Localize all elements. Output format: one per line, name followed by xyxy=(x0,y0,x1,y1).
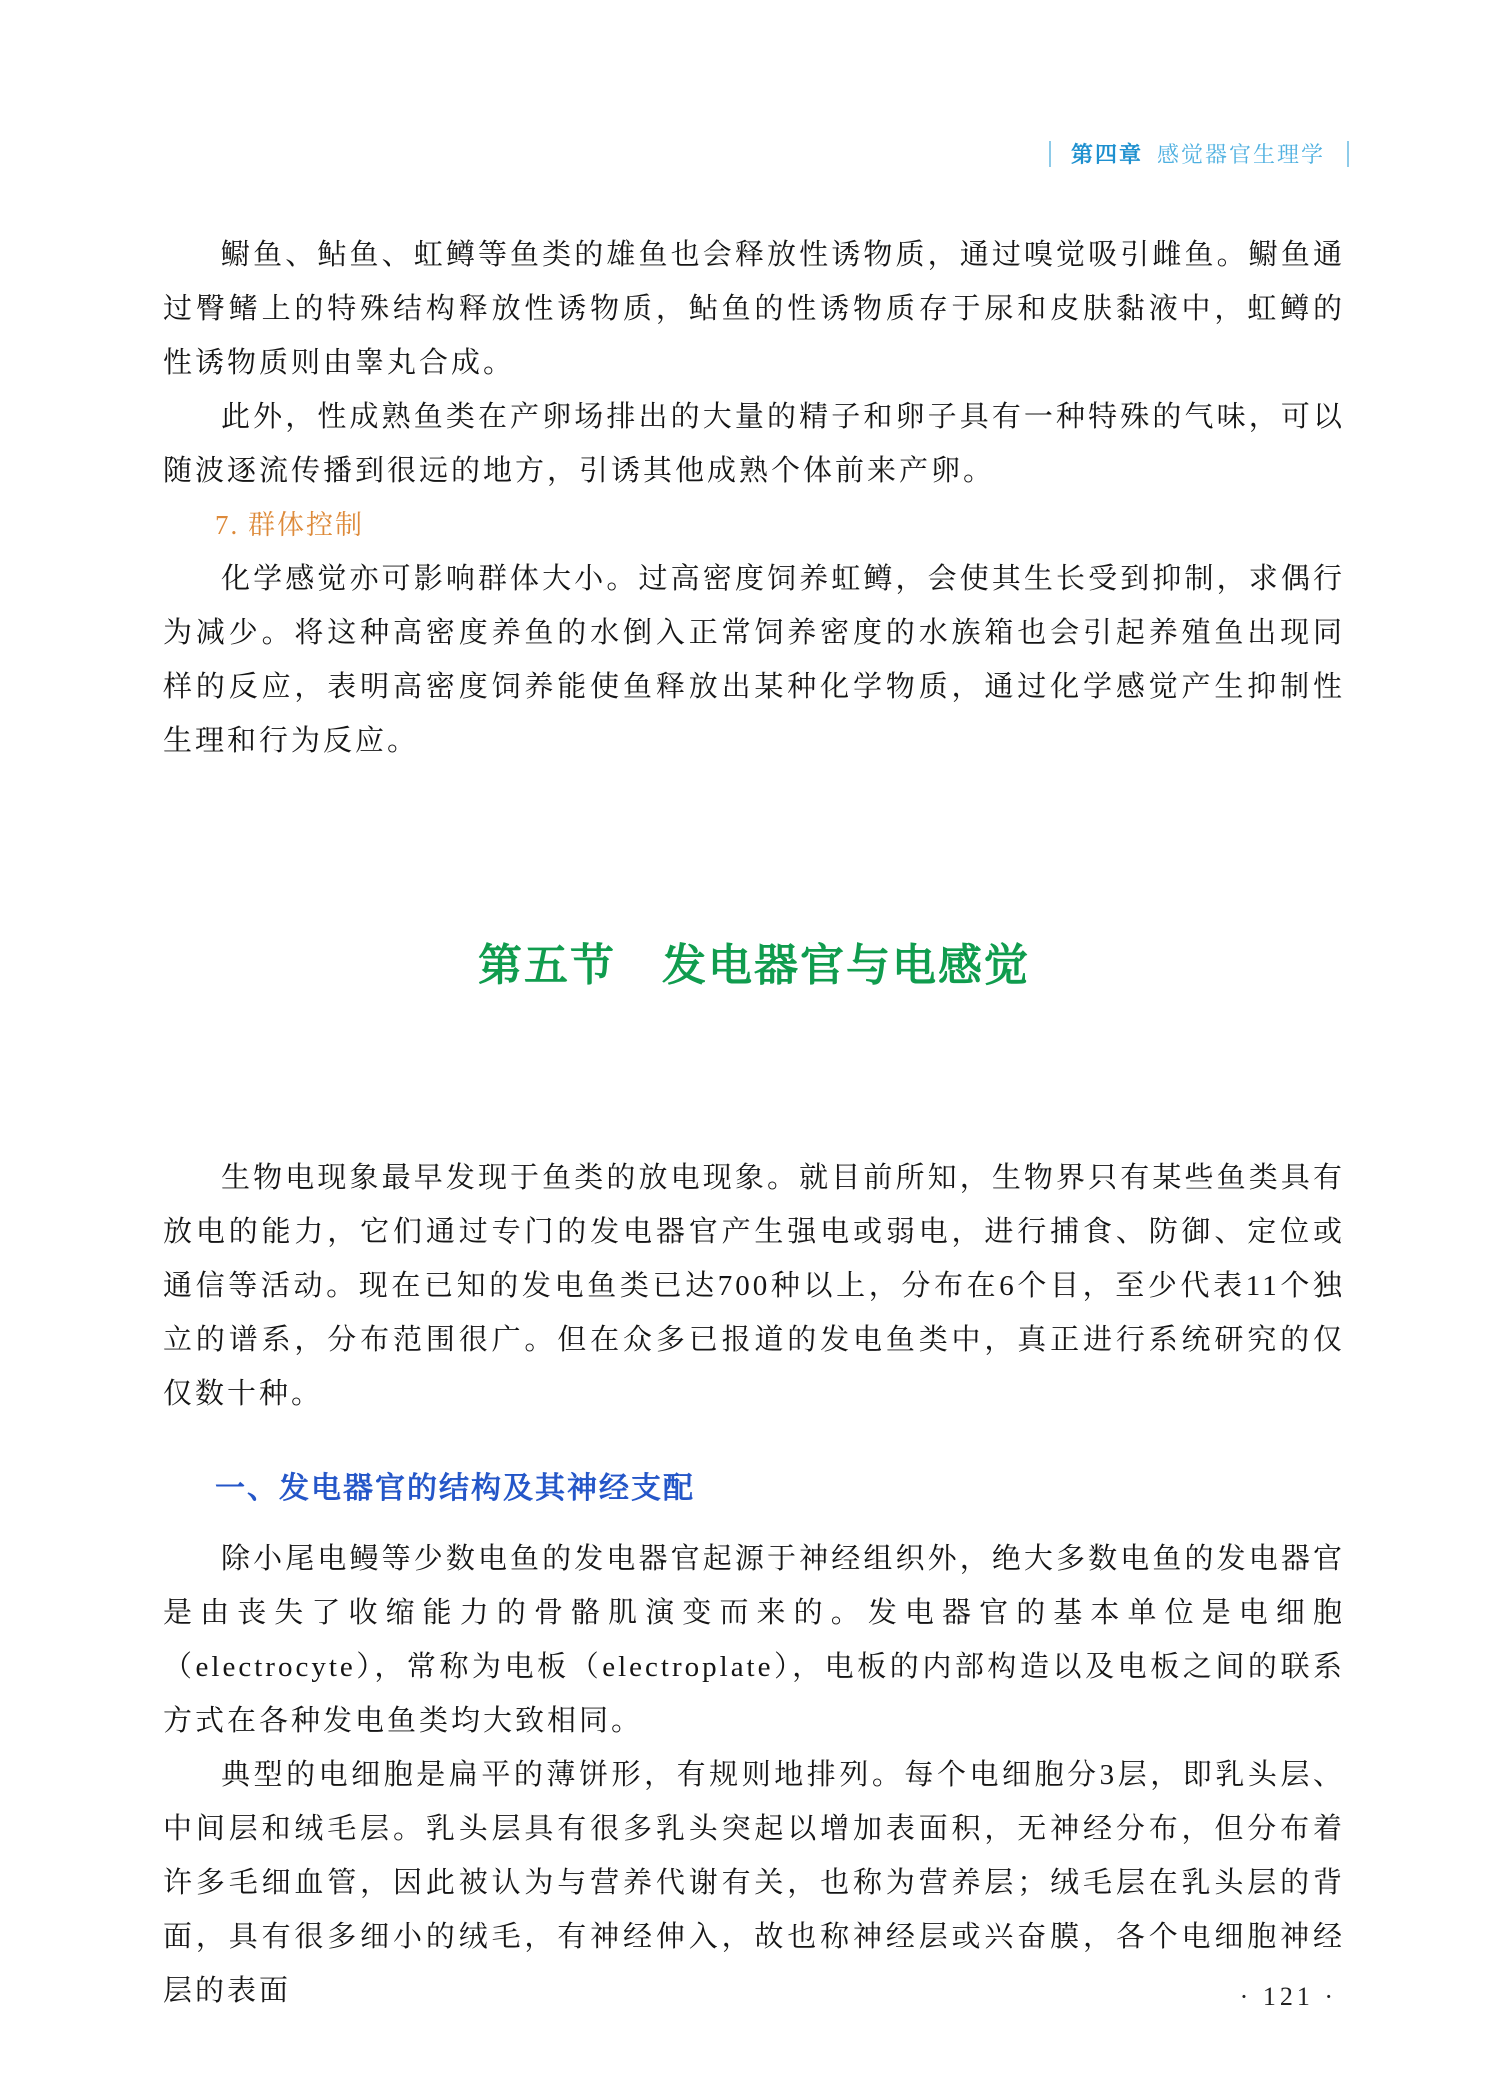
paragraph-group-control: 化学感觉亦可影响群体大小。过高密度饲养虹鳟，会使其生长受到抑制，求偶行为减少。将… xyxy=(163,552,1345,768)
paragraph-pheromone: 鳚鱼、鲇鱼、虹鳟等鱼类的雄鱼也会释放性诱物质，通过嗅觉吸引雌鱼。鳚鱼通过臀鳍上的… xyxy=(163,228,1345,390)
header-divider-right xyxy=(1347,141,1349,167)
section-title: 第五节发电器官与电感觉 xyxy=(163,943,1345,988)
header-divider-left xyxy=(1049,141,1051,167)
chapter-label: 第四章 xyxy=(1071,138,1143,169)
heading-group-control: 7. 群体控制 xyxy=(163,498,1345,552)
text-column: 鳚鱼、鲇鱼、虹鳟等鱼类的雄鱼也会释放性诱物质，通过嗅觉吸引雌鱼。鳚鱼通过臀鳍上的… xyxy=(163,228,1345,2018)
paragraph-bioelectric: 生物电现象最早发现于鱼类的放电现象。就目前所知，生物界只有某些鱼类具有放电的能力… xyxy=(163,1151,1345,1421)
section-name: 发电器官与电感觉 xyxy=(662,941,1030,990)
paragraph-spawning: 此外，性成熟鱼类在产卵场排出的大量的精子和卵子具有一种特殊的气味，可以随波逐流传… xyxy=(163,390,1345,498)
paragraph-electrocyte: 典型的电细胞是扁平的薄饼形，有规则地排列。每个电细胞分3层，即乳头层、中间层和绒… xyxy=(163,1748,1345,2018)
page-number: · 121 · xyxy=(1240,1982,1337,2012)
section-label: 第五节 xyxy=(478,941,616,990)
book-page: 第四章 感觉器官生理学 鳚鱼、鲇鱼、虹鳟等鱼类的雄鱼也会释放性诱物质，通过嗅觉吸… xyxy=(0,0,1504,2095)
chapter-title: 感觉器官生理学 xyxy=(1157,138,1325,169)
running-header: 第四章 感觉器官生理学 xyxy=(1049,138,1349,169)
paragraph-organ-origin: 除小尾电鳗等少数电鱼的发电器官起源于神经组织外，绝大多数电鱼的发电器官是由丧失了… xyxy=(163,1532,1345,1748)
subsection-title: 一、发电器官的结构及其神经支配 xyxy=(215,1469,1345,1509)
